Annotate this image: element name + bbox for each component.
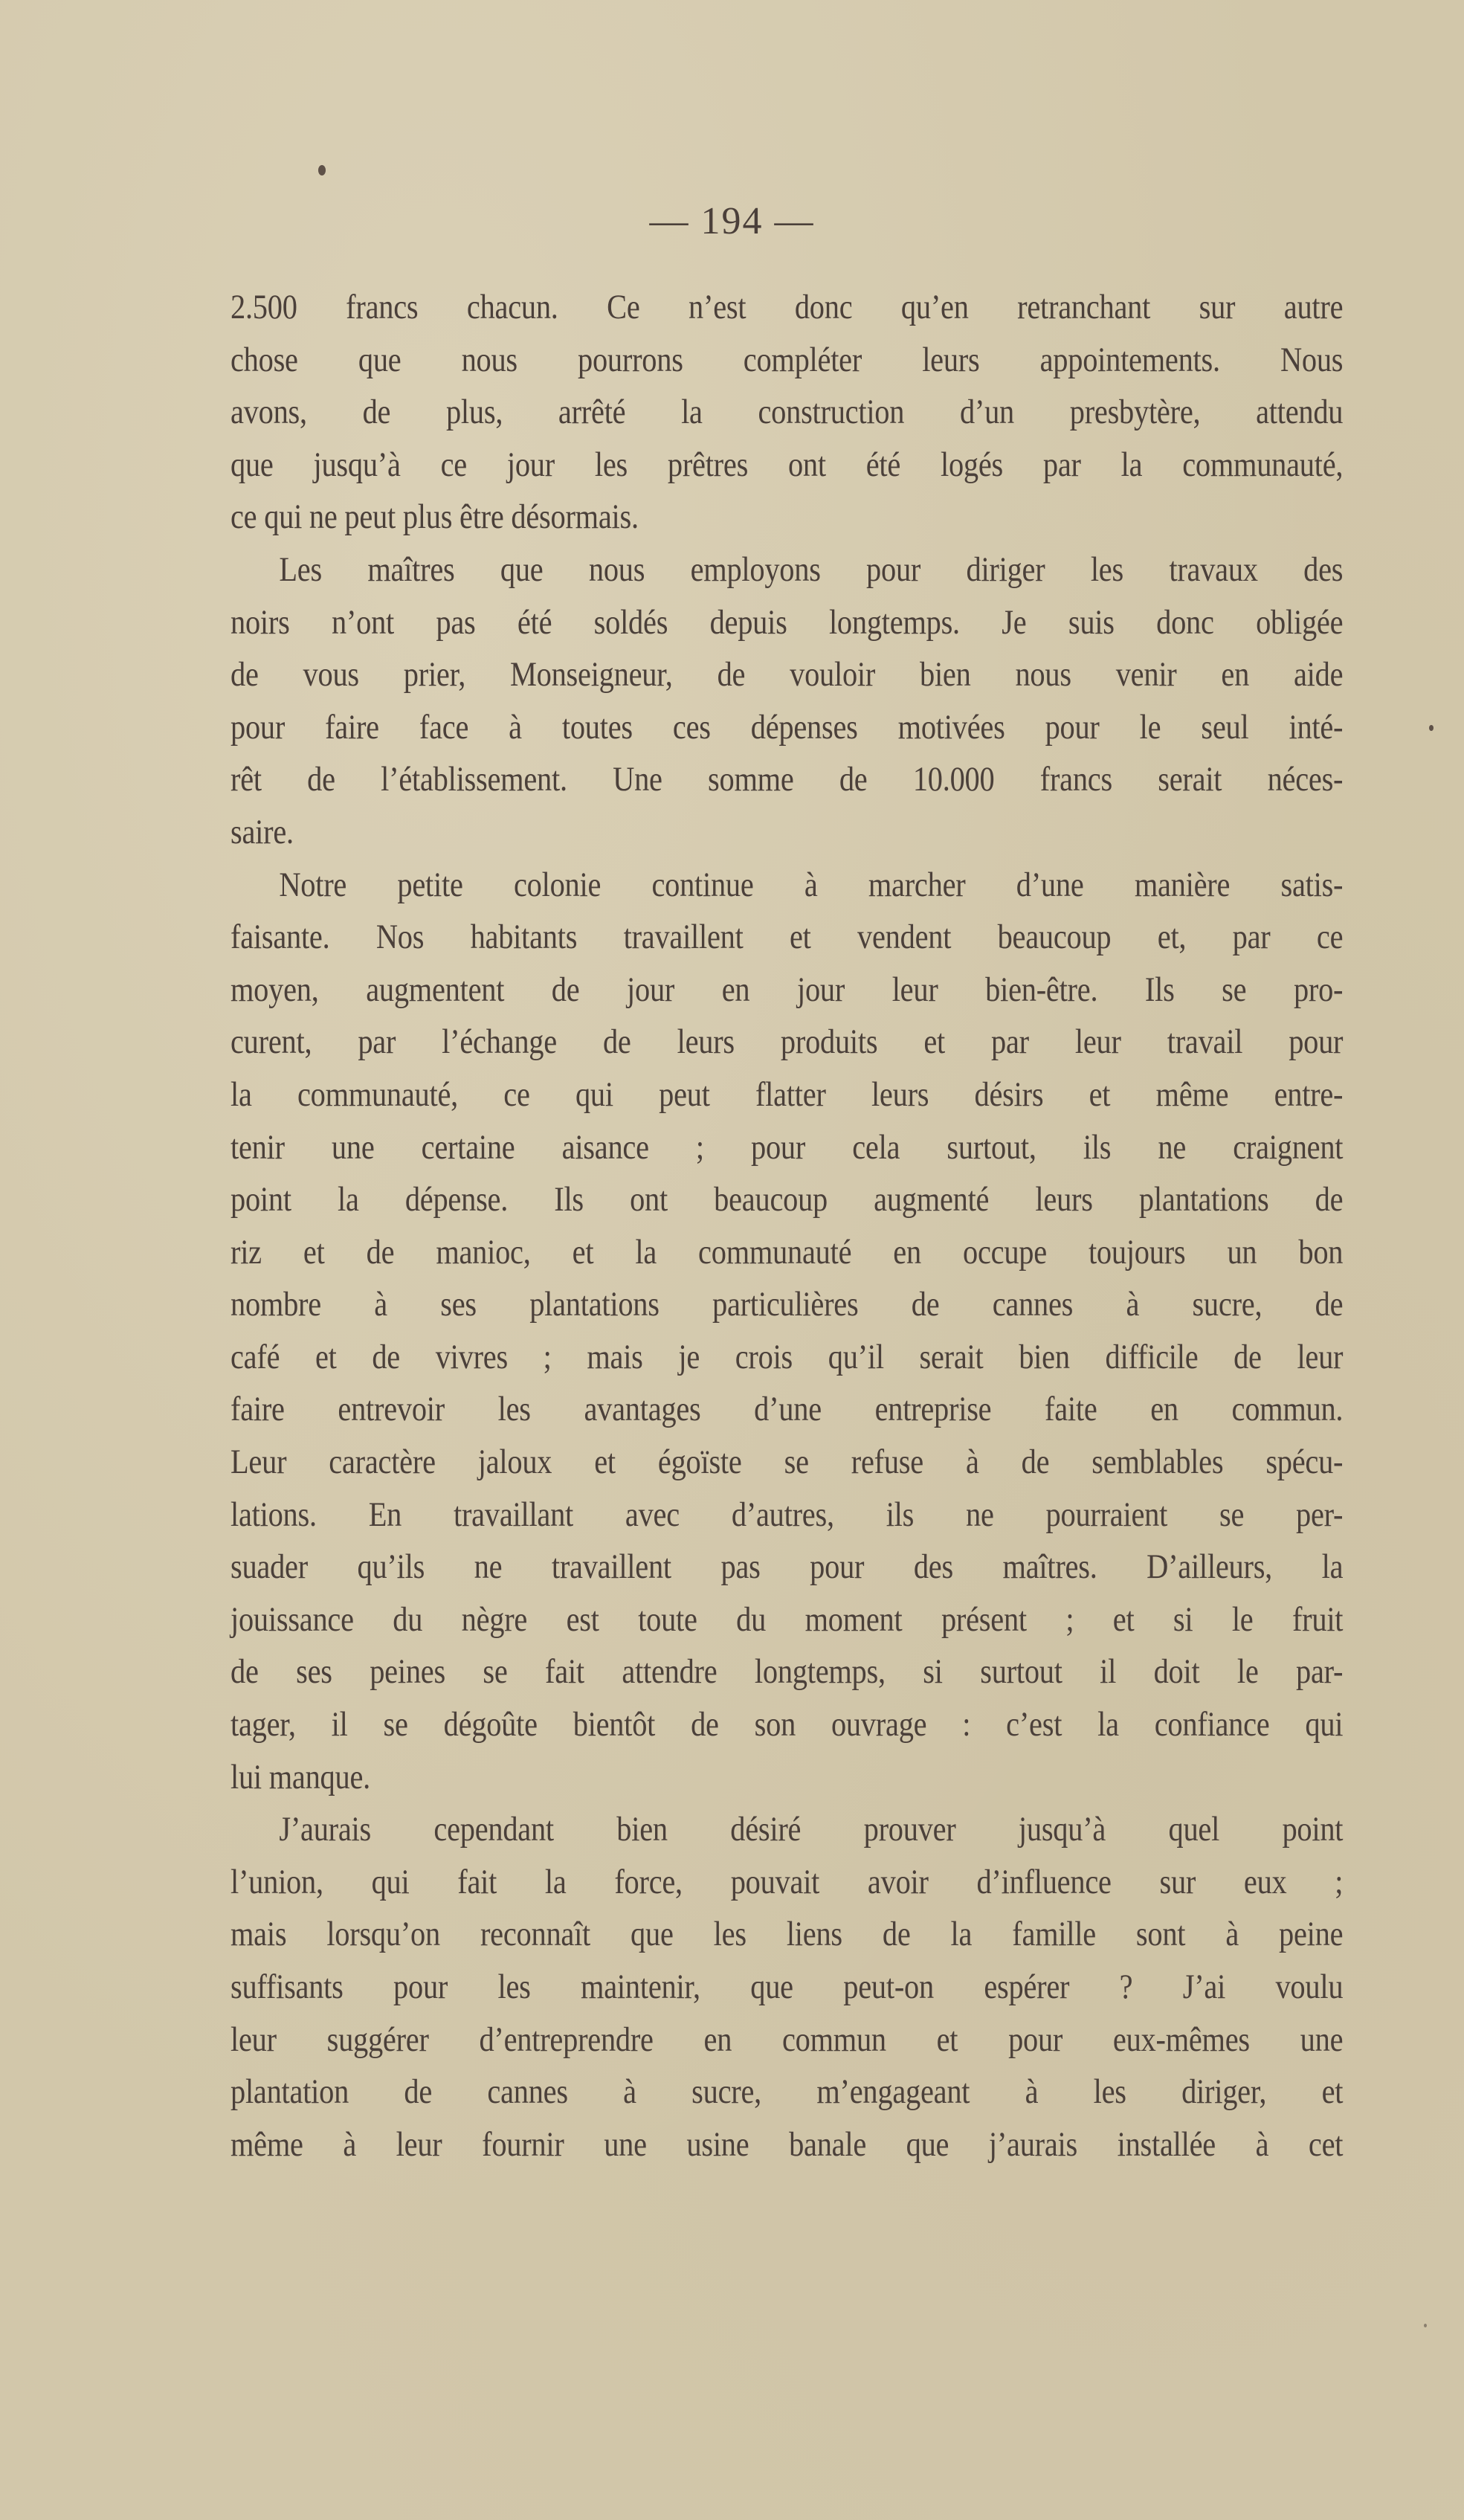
text-line: pour faire face à toutes ces dépenses mo… (230, 701, 1343, 754)
text-line: riz et de manioc, et la communauté en oc… (230, 1226, 1343, 1279)
text-line: suffisants pour les maintenir, que peut-… (230, 1961, 1343, 2014)
text-line: saire. (230, 806, 1343, 859)
paragraph: J’aurais cependant bien désiré prouver j… (230, 1803, 1343, 2171)
text-line: Notre petite colonie continue à marcher … (230, 859, 1343, 912)
text-line: de vous prier, Monseigneur, de vouloir b… (230, 648, 1343, 701)
text-line: plantation de cannes à sucre, m’engagean… (230, 2066, 1343, 2118)
text-line: l’union, qui fait la force, pouvait avoi… (230, 1856, 1343, 1909)
text-line: faisante. Nos habitants travaillent et v… (230, 911, 1343, 964)
text-line: mais lorsqu’on reconnaît que les liens d… (230, 1908, 1343, 1961)
text-line: Leur caractère jaloux et égoïste se refu… (230, 1436, 1343, 1489)
paragraph: 2.500 francs chacun. Ce n’est donc qu’en… (230, 281, 1343, 544)
text-line: rêt de l’établissement. Une somme de 10.… (230, 753, 1343, 806)
text-line: tager, il se dégoûte bientôt de son ouvr… (230, 1698, 1343, 1751)
page-speck (1429, 725, 1434, 731)
text-line: point la dépense. Ils ont beaucoup augme… (230, 1173, 1343, 1226)
text-line: la communauté, ce qui peut flatter leurs… (230, 1069, 1343, 1121)
text-line: chose que nous pourrons compléter leurs … (230, 334, 1343, 387)
text-line: suader qu’ils ne travaillent pas pour de… (230, 1541, 1343, 1593)
text-line: curent, par l’échange de leurs produits … (230, 1016, 1343, 1069)
text-line: jouissance du nègre est toute du moment … (230, 1593, 1343, 1646)
paragraph: Les maîtres que nous employons pour diri… (230, 544, 1343, 859)
text-line: 2.500 francs chacun. Ce n’est donc qu’en… (230, 281, 1343, 334)
text-line: moyen, augmentent de jour en jour leur b… (230, 964, 1343, 1016)
text-line: même à leur fournir une usine banale que… (230, 2118, 1343, 2171)
text-line: Les maîtres que nous employons pour diri… (230, 544, 1343, 596)
text-line: noirs n’ont pas été soldés depuis longte… (230, 596, 1343, 649)
text-line: J’aurais cependant bien désiré prouver j… (230, 1803, 1343, 1856)
paragraph: Notre petite colonie continue à marcher … (230, 859, 1343, 1804)
page-speck (1424, 2324, 1427, 2327)
text-line: leur suggérer d’entreprendre en commun e… (230, 2014, 1343, 2066)
text-line: café et de vivres ; mais je crois qu’il … (230, 1331, 1343, 1384)
text-line: lui manque. (230, 1751, 1343, 1804)
page-speck (318, 165, 326, 175)
text-line: ce qui ne peut plus être désormais. (230, 491, 1343, 544)
page-number: — 194 — (0, 199, 1464, 243)
text-line: avons, de plus, arrêté la construction d… (230, 386, 1343, 439)
text-line: que jusqu’à ce jour les prêtres ont été … (230, 439, 1343, 492)
body-text: 2.500 francs chacun. Ce n’est donc qu’en… (230, 281, 1343, 2171)
text-line: lations. En travaillant avec d’autres, i… (230, 1489, 1343, 1541)
text-line: faire entrevoir les avantages d’une entr… (230, 1383, 1343, 1436)
text-line: tenir une certaine aisance ; pour cela s… (230, 1121, 1343, 1174)
text-line: nombre à ses plantations particulières d… (230, 1278, 1343, 1331)
text-line: de ses peines se fait attendre longtemps… (230, 1646, 1343, 1698)
